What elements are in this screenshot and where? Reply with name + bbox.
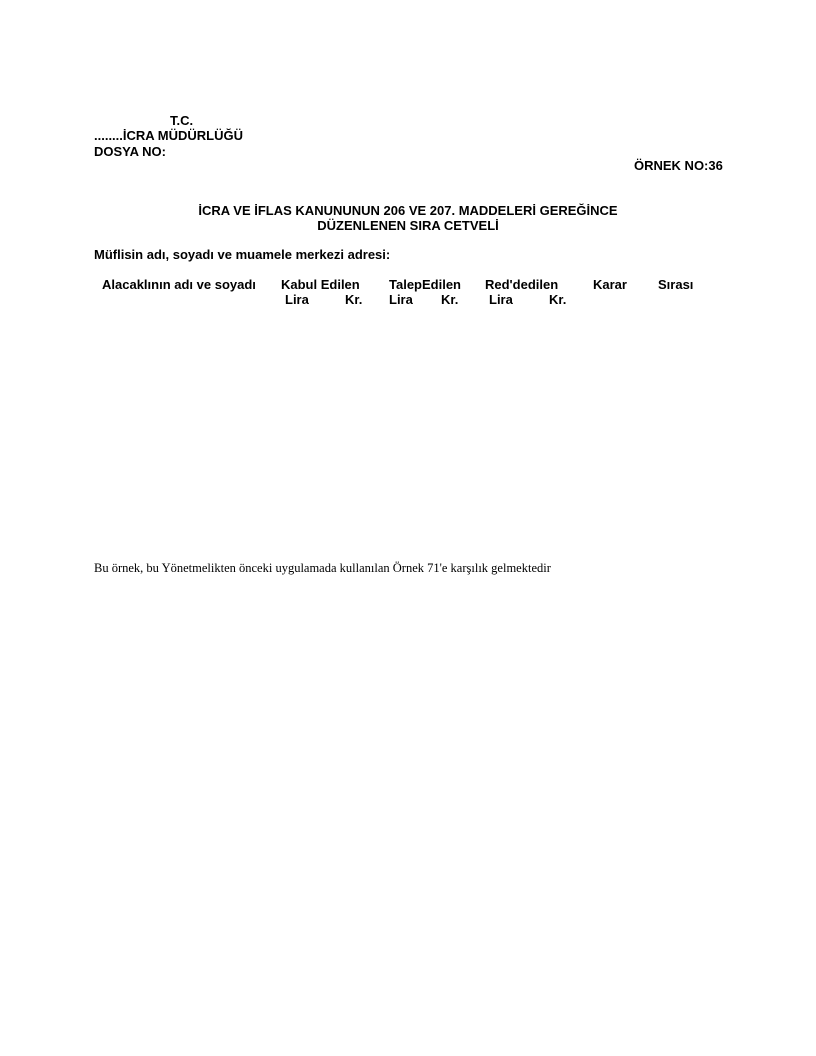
country-heading: T.C. [170, 113, 193, 128]
document-title-line-1: İCRA VE İFLAS KANUNUNUN 206 VE 207. MADD… [0, 203, 816, 218]
debtor-info-label: Müflisin adı, soyadı ve muamele merkezi … [94, 247, 390, 262]
subheader-accepted-kr: Kr. [345, 292, 362, 307]
office-name: ........İCRA MÜDÜRLÜĞÜ [94, 128, 243, 143]
column-header-accepted: Kabul Edilen [281, 277, 360, 292]
column-header-requested: TalepEdilen [389, 277, 461, 292]
column-header-creditor: Alacaklının adı ve soyadı [102, 277, 256, 292]
column-header-order: Sırası [658, 277, 693, 292]
subheader-rejected-kr: Kr. [549, 292, 566, 307]
form-number: ÖRNEK NO:36 [634, 158, 723, 173]
subheader-requested-lira: Lira [389, 292, 413, 307]
file-number-label: DOSYA NO: [94, 144, 166, 159]
document-page: T.C. ........İCRA MÜDÜRLÜĞÜ DOSYA NO: ÖR… [0, 0, 816, 1056]
document-title-line-2: DÜZENLENEN SIRA CETVELİ [0, 218, 816, 233]
subheader-rejected-lira: Lira [489, 292, 513, 307]
column-header-rejected: Red'dedilen [485, 277, 558, 292]
column-header-decision: Karar [593, 277, 627, 292]
subheader-requested-kr: Kr. [441, 292, 458, 307]
footnote: Bu örnek, bu Yönetmelikten önceki uygula… [94, 561, 551, 576]
subheader-accepted-lira: Lira [285, 292, 309, 307]
